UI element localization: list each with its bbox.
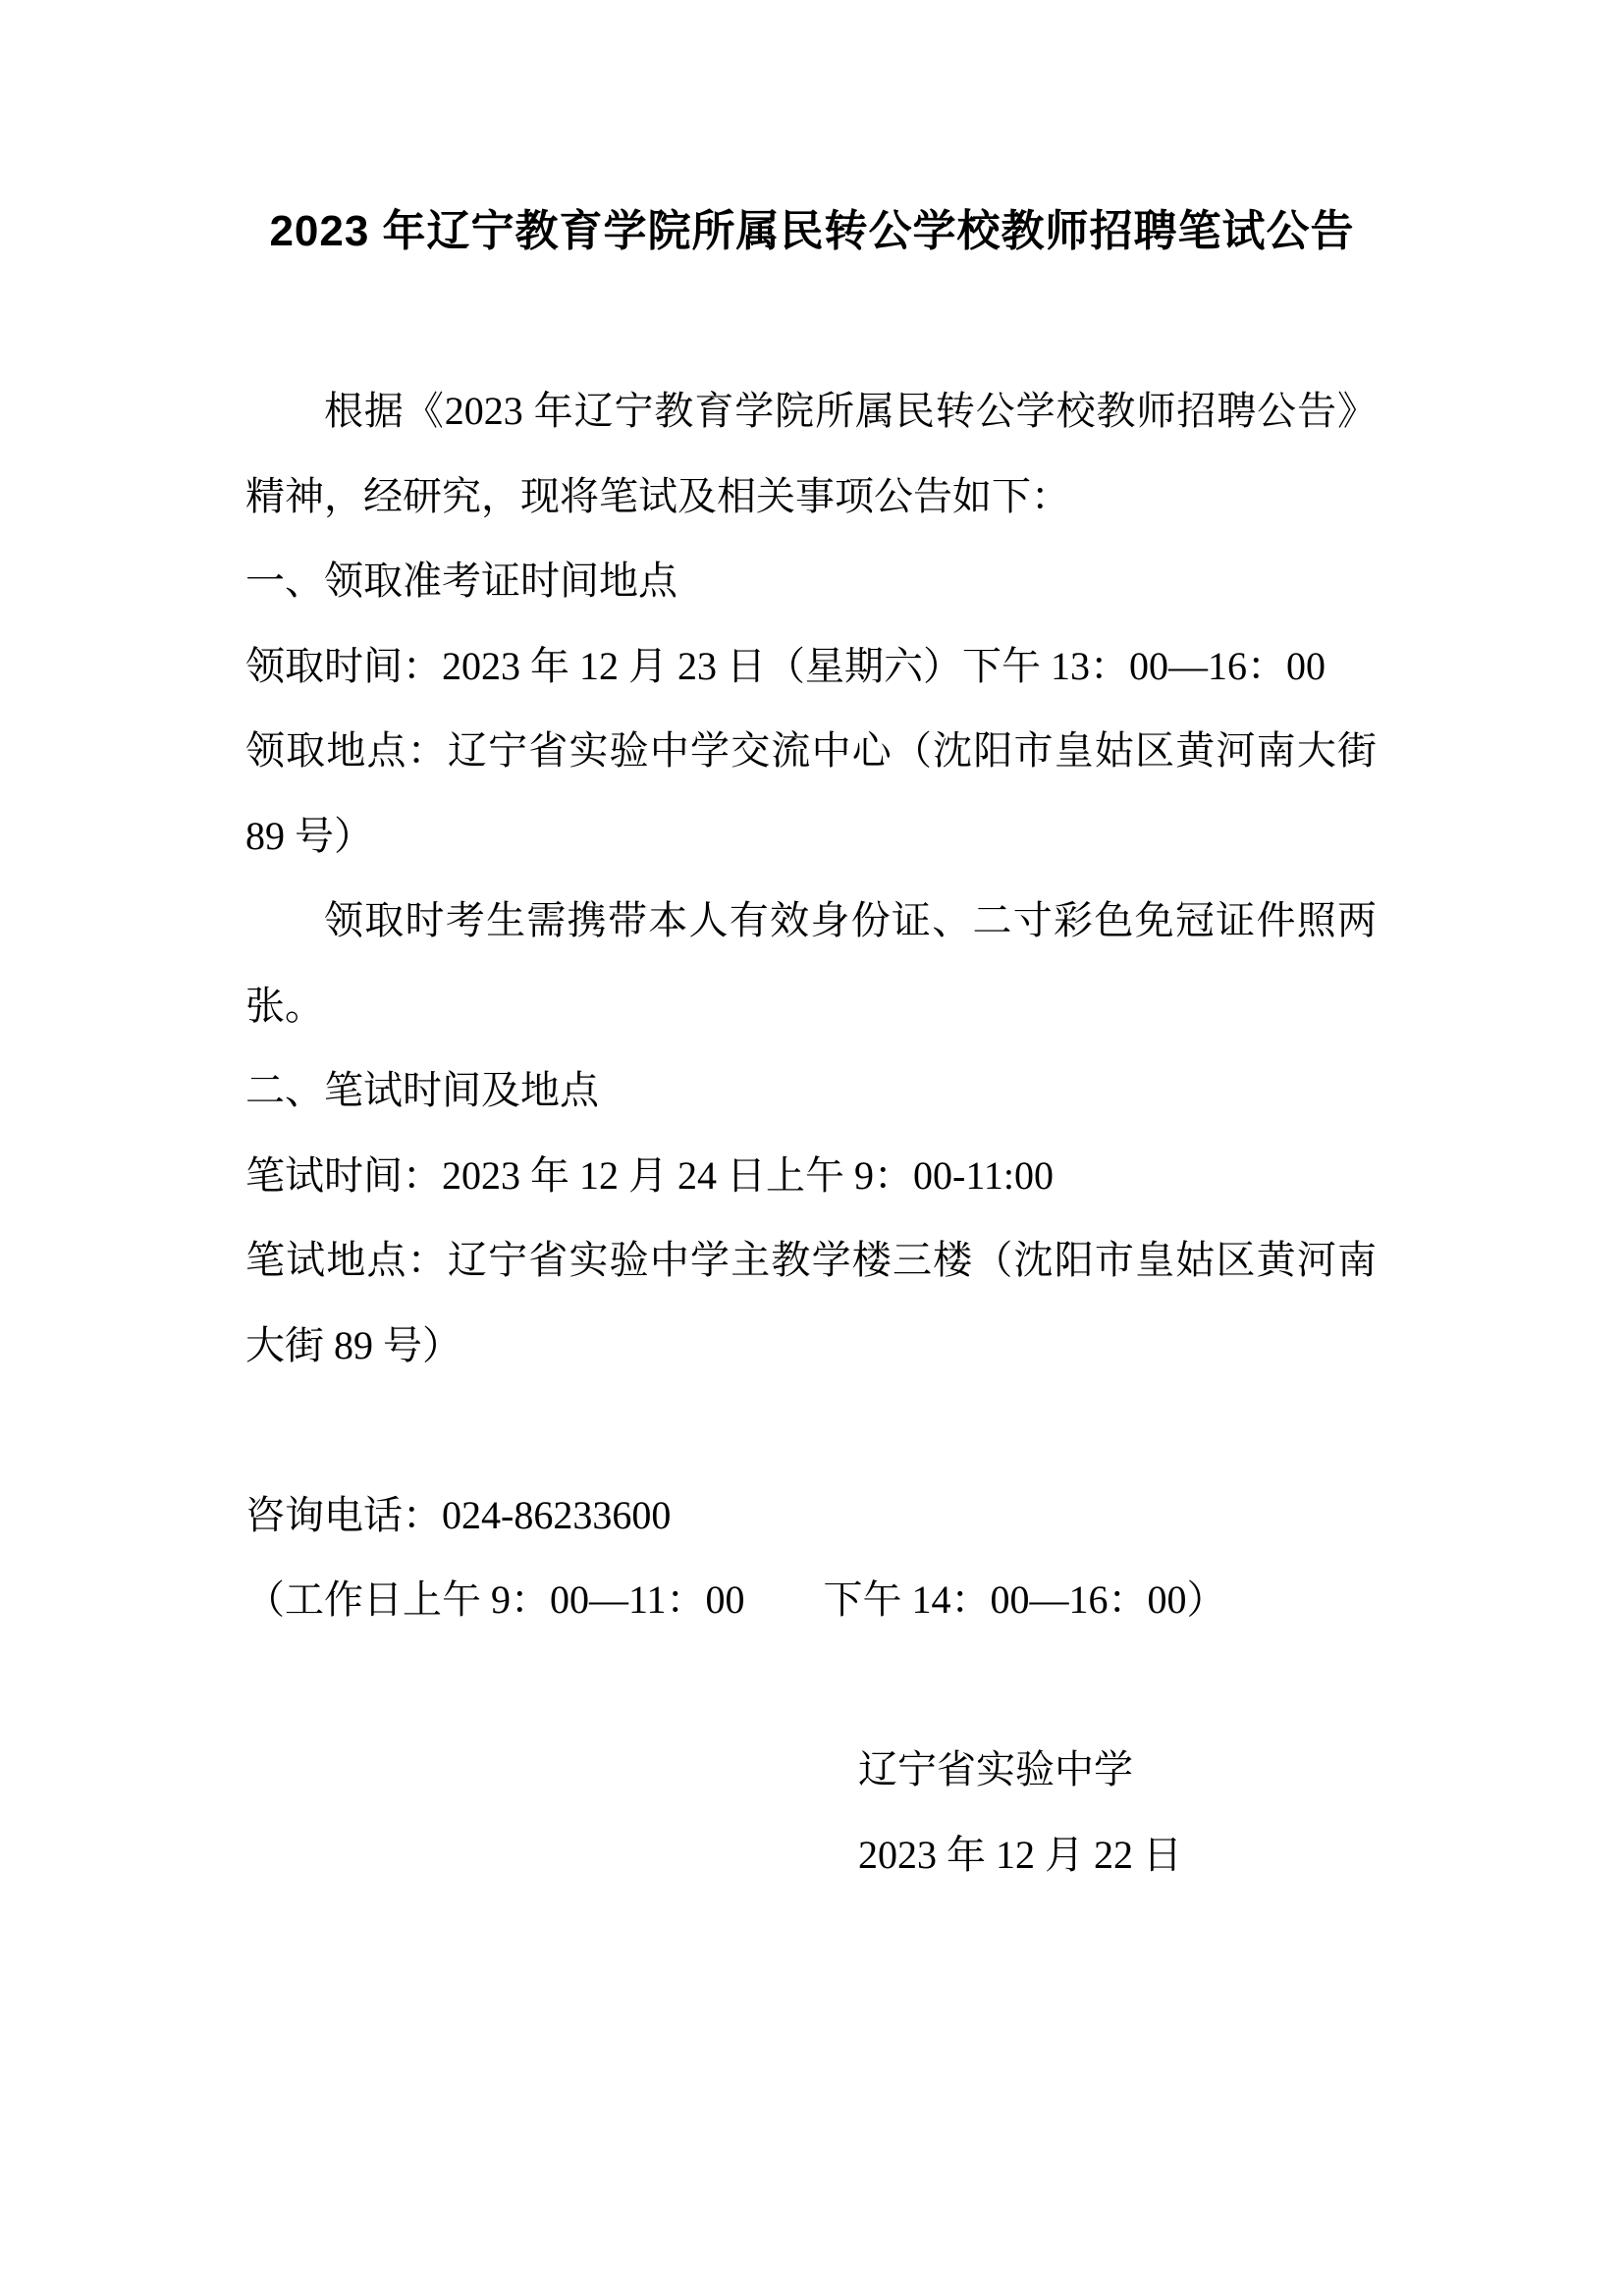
document-page: 2023 年辽宁教育学院所属民转公学校教师招聘笔试公告 根据《2023 年辽宁教…	[0, 0, 1624, 2296]
line-pickup-location: 领取地点：辽宁省实验中学交流中心（沈阳市皇姑区黄河南大街	[245, 709, 1377, 794]
line-exam-location: 笔试地点：辽宁省实验中学主教学楼三楼（沈阳市皇姑区黄河南	[245, 1218, 1377, 1304]
para-basis-cont: 精神，经研究，现将笔试及相关事项公告如下：	[245, 454, 1377, 540]
document-body: 根据《2023 年辽宁教育学院所属民转公学校教师招聘公告》 精神，经研究，现将笔…	[245, 369, 1377, 1897]
para-requirements: 领取时考生需携带本人有效身份证、二寸彩色免冠证件照两	[245, 879, 1377, 964]
para-requirements-cont: 张。	[245, 964, 1377, 1049]
heading-section-2: 二、笔试时间及地点	[245, 1048, 1377, 1134]
line-phone: 咨询电话：024-86233600	[245, 1473, 1377, 1559]
blank-line	[245, 1643, 1377, 1729]
signature-org: 辽宁省实验中学	[245, 1728, 1377, 1813]
line-pickup-time: 领取时间：2023 年 12 月 23 日（星期六）下午 13：00—16：00	[245, 624, 1377, 710]
blank-line	[245, 1388, 1377, 1473]
heading-section-1: 一、领取准考证时间地点	[245, 539, 1377, 624]
document-title: 2023 年辽宁教育学院所属民转公学校教师招聘笔试公告	[0, 189, 1624, 274]
para-basis: 根据《2023 年辽宁教育学院所属民转公学校教师招聘公告》	[245, 369, 1377, 454]
signature-date: 2023 年 12 月 22 日	[245, 1813, 1377, 1898]
line-pickup-location-cont: 89 号）	[245, 794, 1377, 880]
line-exam-location-cont: 大街 89 号）	[245, 1304, 1377, 1389]
line-exam-time: 笔试时间：2023 年 12 月 24 日上午 9：00-11:00	[245, 1134, 1377, 1219]
line-office-hours: （工作日上午 9：00—11：00 下午 14：00—16：00）	[245, 1558, 1377, 1643]
